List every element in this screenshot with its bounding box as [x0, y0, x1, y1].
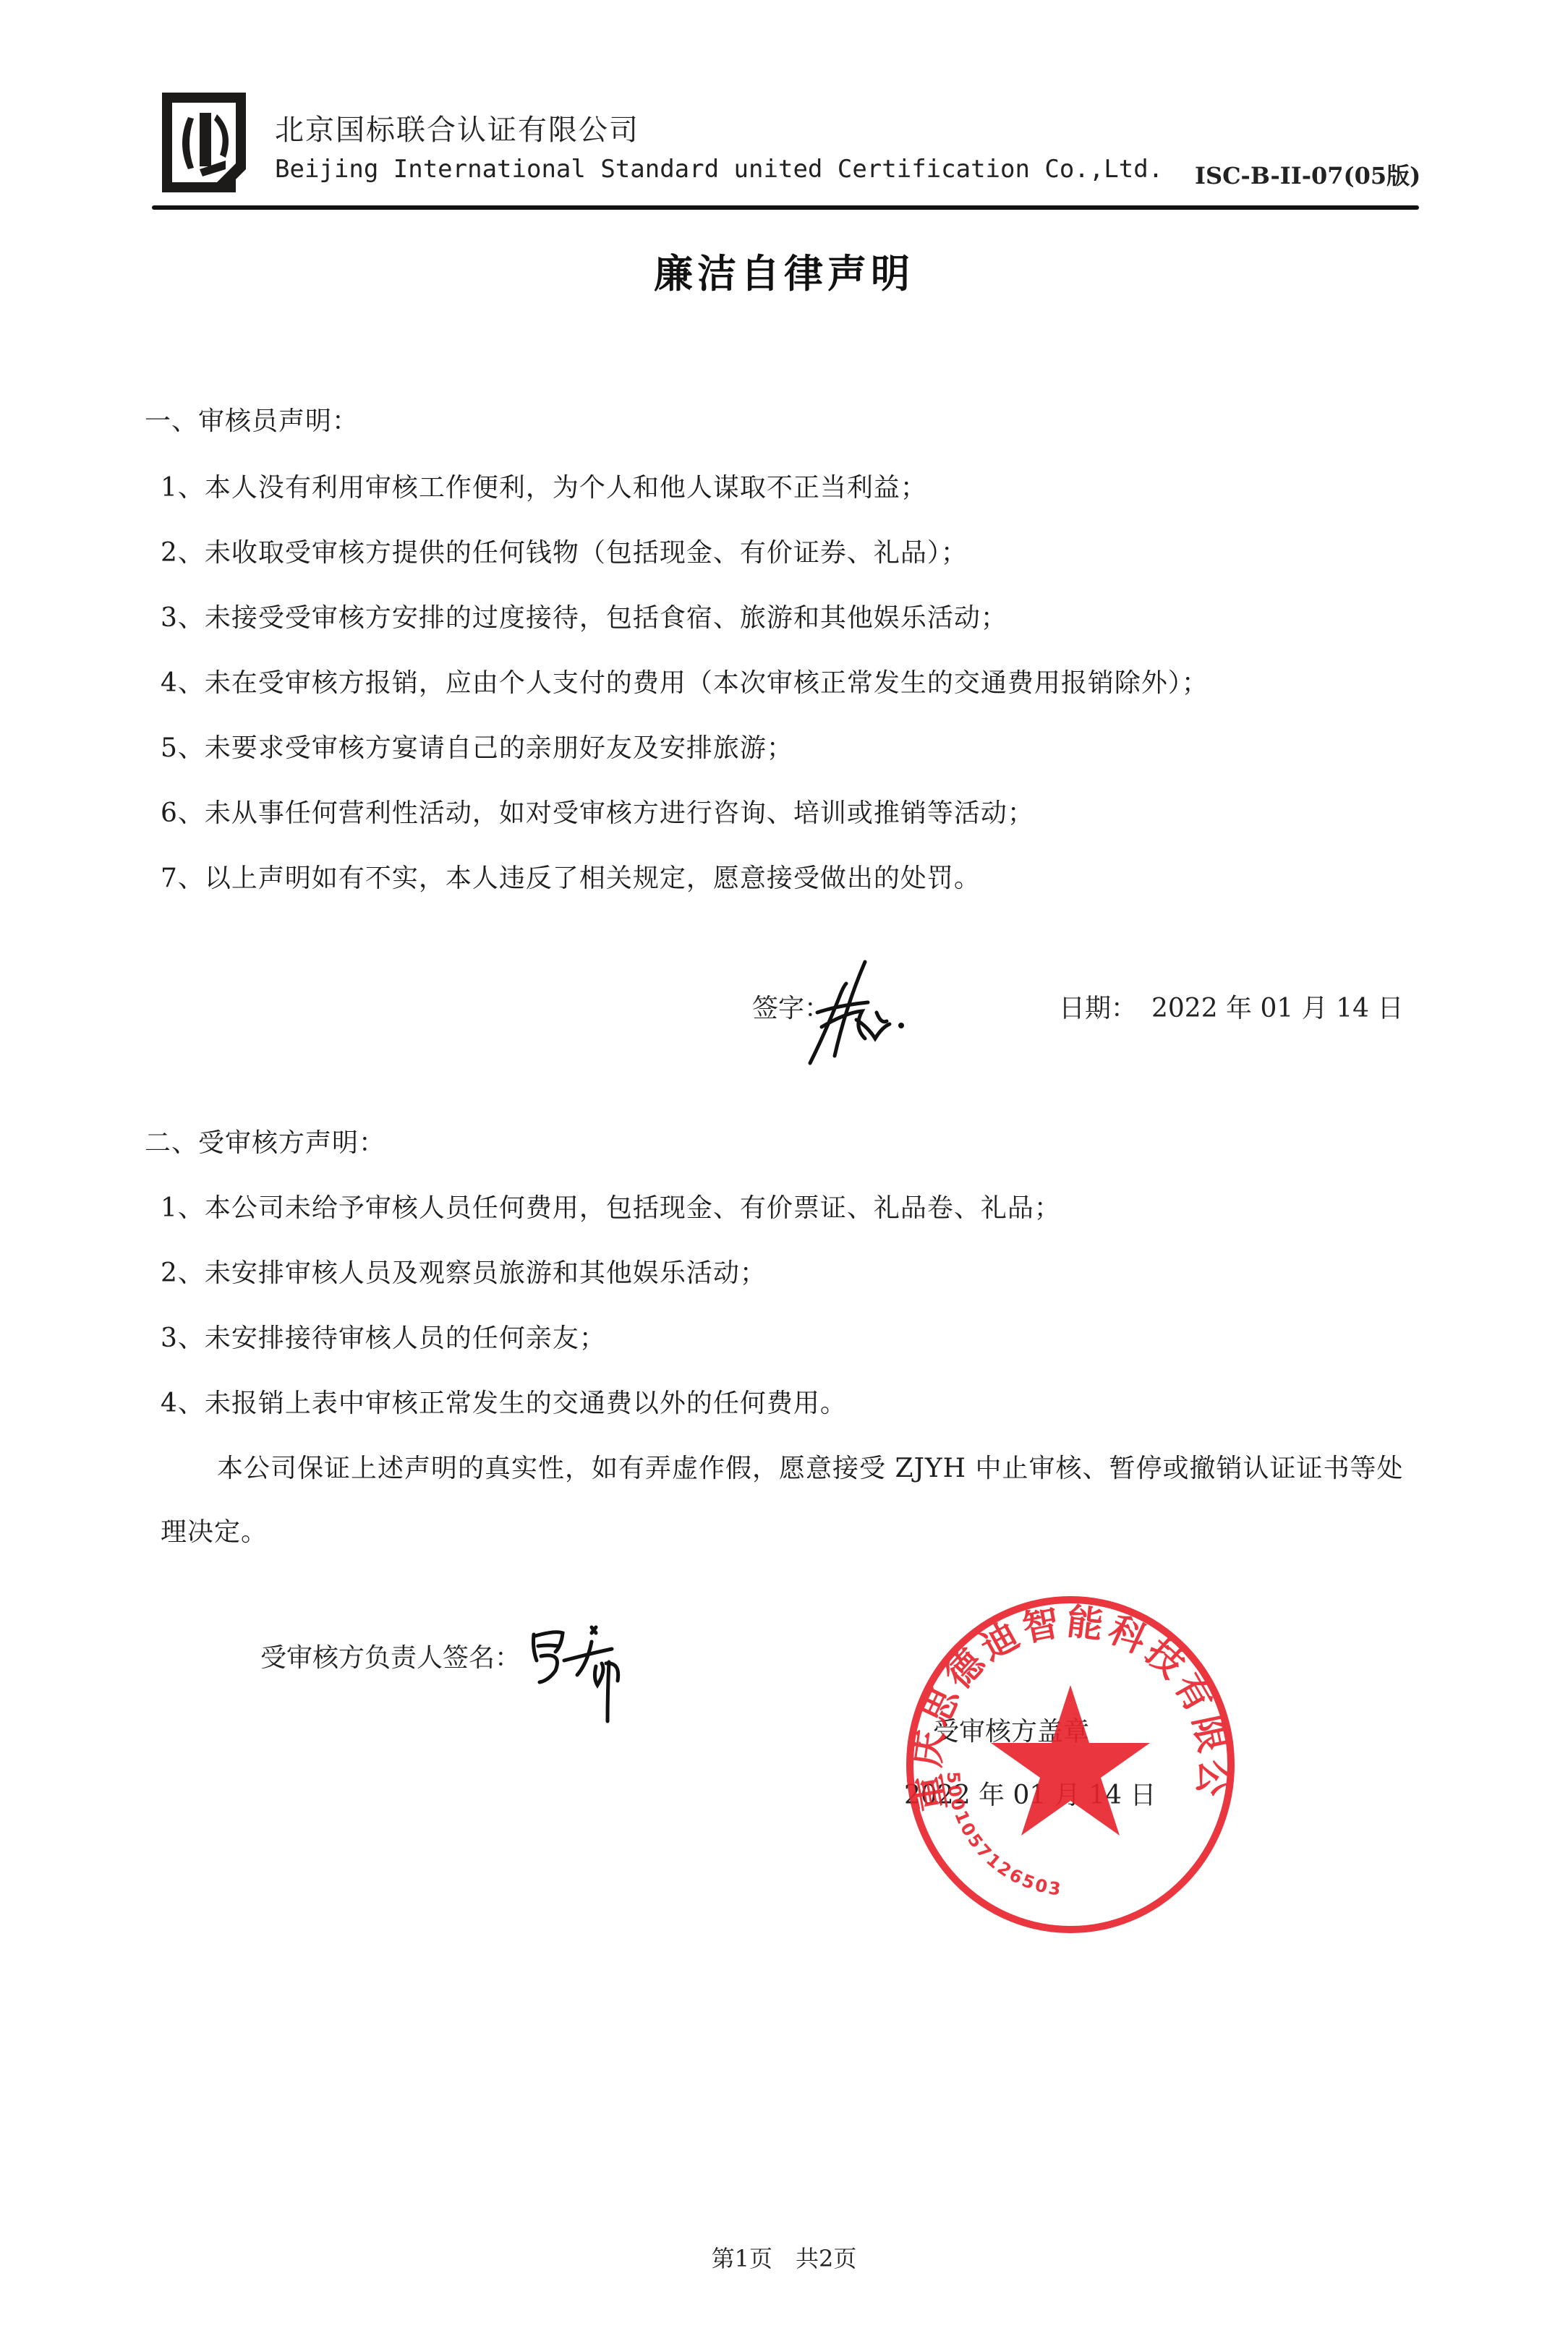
header-divider [152, 205, 1419, 210]
auditee-item: 3、未安排接待审核人员的任何亲友； [161, 1318, 606, 1355]
auditor-item: 6、未从事任何营利性活动，如对受审核方进行咨询、培训或推销等活动； [161, 793, 1034, 830]
company-name-cn: 北京国标联合认证有限公司 [275, 107, 639, 148]
certification-logo-icon [156, 88, 252, 197]
responsible-signature-label: 受审核方负责人签名： [260, 1637, 521, 1674]
auditor-item: 7、以上声明如有不实，本人违反了相关规定，愿意接受做出的处罚。 [161, 858, 981, 895]
document-page: 北京国标联合认证有限公司 Beijing International Stand… [0, 0, 1568, 2349]
auditee-item: 2、未安排审核人员及观察员旅游和其他娱乐活动； [161, 1253, 767, 1289]
company-seal: 重庆思德迪智能科技有限公司 5001057126503 [897, 1591, 1244, 1938]
page-indicator: 第1页 共2页 [0, 2241, 1568, 2274]
guarantee-paragraph-line2: 理决定。 [161, 1512, 268, 1548]
document-code: ISC-B-II-07(05版) [1195, 158, 1420, 191]
auditor-item: 2、未收取受审核方提供的任何钱物（包括现金、有价证券、礼品）； [161, 532, 968, 569]
auditor-item: 3、未接受受审核方安排的过度接待，包括食宿、旅游和其他娱乐活动； [161, 597, 1007, 634]
auditee-item: 4、未报销上表中审核正常发生的交通费以外的任何费用。 [161, 1383, 847, 1420]
auditee-section-heading: 二、受审核方声明： [145, 1122, 385, 1159]
company-name-en: Beijing International Standard united Ce… [275, 155, 1163, 184]
auditee-item: 1、本公司未给予审核人员任何费用，包括现金、有价票证、礼品卷、礼品； [161, 1188, 1061, 1224]
auditor-section-heading: 一、审核员声明： [145, 401, 359, 438]
guarantee-paragraph-line1: 本公司保证上述声明的真实性，如有弄虚作假，愿意接受 ZJYH 中止审核、暂停或撤… [217, 1448, 1404, 1485]
auditor-item: 4、未在受审核方报销，应由个人支付的费用（本次审核正常发生的交通费用报销除外）； [161, 662, 1209, 699]
auditor-date-value: 2022 年 01 月 14 日 [1151, 988, 1403, 1025]
responsible-signature [527, 1620, 642, 1731]
auditor-item: 1、本人没有利用审核工作便利，为个人和他人谋取不正当利益； [161, 467, 927, 504]
auditor-date-label: 日期： [1059, 988, 1137, 1025]
auditor-item: 5、未要求受审核方宴请自己的亲朋好友及安排旅游； [161, 728, 793, 764]
seal-star-icon [991, 1685, 1150, 1836]
document-title: 廉洁自律声明 [0, 243, 1568, 299]
auditor-signature [796, 955, 940, 1073]
